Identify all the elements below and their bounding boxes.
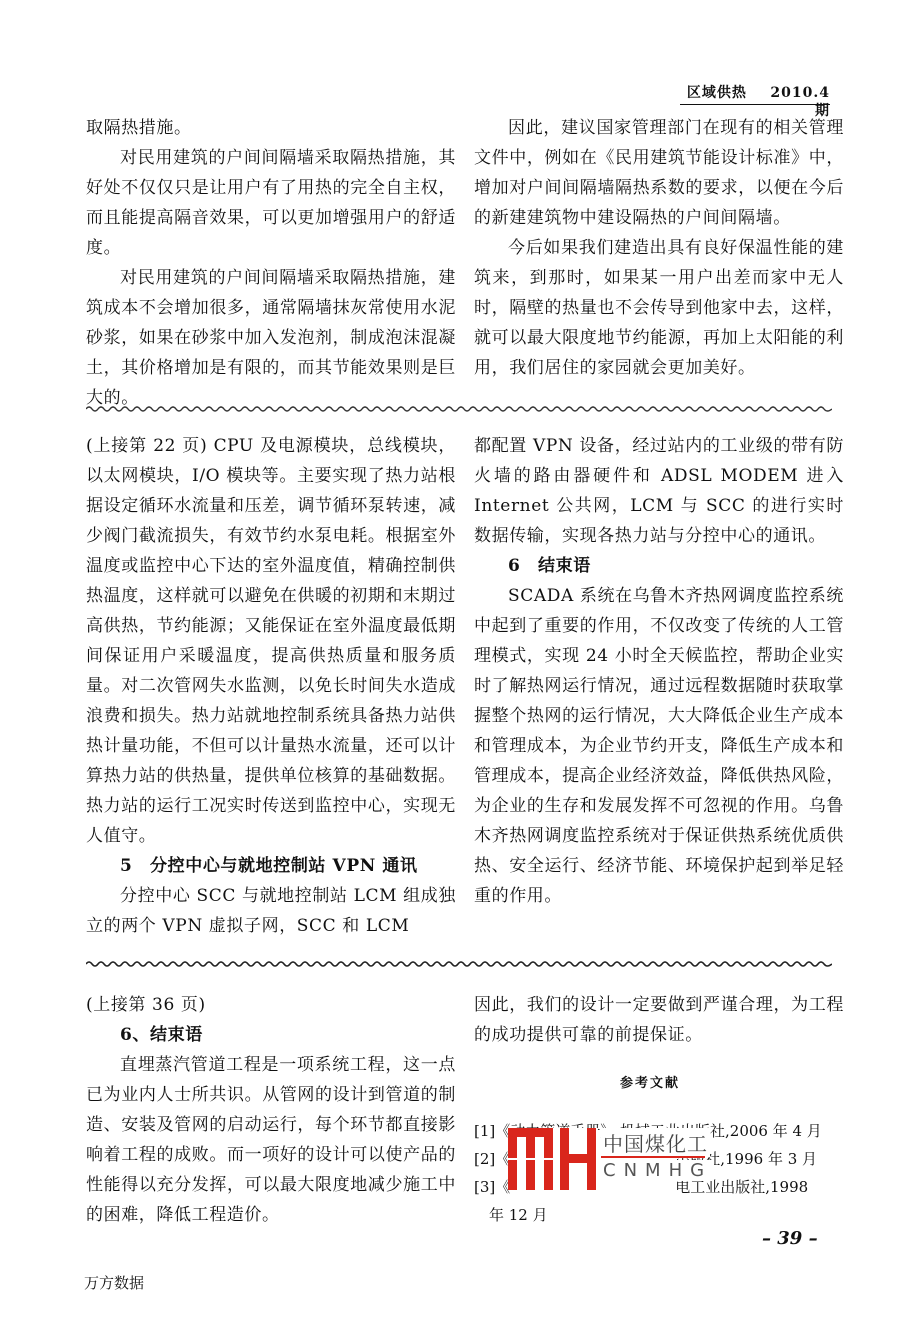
wavy-divider [86,405,832,413]
section1-right-column: 因此，建议国家管理部门在现有的相关管理文件中，例如在《民用建筑节能设计标准》中，… [474,113,844,383]
wavy-divider [86,960,832,968]
references-title: 参考文献 [620,1072,680,1091]
paragraph: 因此，建议国家管理部门在现有的相关管理文件中，例如在《民用建筑节能设计标准》中，… [474,113,844,233]
section2-right-column: 都配置 VPN 设备，经过站内的工业级的带有防火墙的路由器硬件和 ADSL MO… [474,431,844,911]
section3-right-column: 因此，我们的设计一定要做到严谨合理，为工程的成功提供可靠的前提保证。 [474,990,844,1050]
section-heading: 6 结束语 [474,551,844,581]
section2-left-column: (上接第 22 页) CPU 及电源模块，总线模块，以太网模块，I/O 模块等。… [86,431,456,941]
paragraph: 取隔热措施。 [86,113,456,143]
paragraph: (上接第 36 页) [86,990,456,1020]
paragraph: SCADA 系统在乌鲁木齐热网调度监控系统中起到了重要的作用，不仅改变了传统的人… [474,581,844,911]
paragraph: 对民用建筑的户间间隔墙采取隔热措施，建筑成本不会增加很多，通常隔墙抹灰常使用水泥… [86,263,456,413]
paragraph: 今后如果我们建造出具有良好保温性能的建筑来，到那时，如果某一用户出差而家中无人时… [474,233,844,383]
section1-left-column: 取隔热措施。 对民用建筑的户间间隔墙采取隔热措施，其好处不仅仅只是让用户有了用热… [86,113,456,413]
mh-logo-icon [508,1128,598,1190]
section3-left-column: (上接第 36 页) 6、结束语 直埋蒸汽管道工程是一项系统工程，这一点已为业内… [86,990,456,1230]
watermark-english-text: CNMHG [601,1160,714,1181]
footer-source: 万方数据 [84,1272,144,1293]
journal-name: 区域供热 [687,85,747,101]
watermark-logo: 中国煤化工 CNMHG [508,1128,718,1190]
section-heading: 6、结束语 [86,1020,456,1050]
paragraph: (上接第 22 页) CPU 及电源模块，总线模块，以太网模块，I/O 模块等。… [86,431,456,851]
running-header: 区域供热 2010.4 期 [680,84,830,105]
paragraph: 因此，我们的设计一定要做到严谨合理，为工程的成功提供可靠的前提保证。 [474,990,844,1050]
paragraph: 直埋蒸汽管道工程是一项系统工程，这一点已为业内人士所共识。从管网的设计到管道的制… [86,1050,456,1230]
paragraph: 都配置 VPN 设备，经过站内的工业级的带有防火墙的路由器硬件和 ADSL MO… [474,431,844,551]
watermark-underline [601,1156,705,1158]
page-number: – 39 – [762,1228,818,1249]
section-heading: 5 分控中心与就地控制站 VPN 通讯 [86,851,456,881]
watermark-chinese-text: 中国煤化工 [601,1128,710,1157]
paragraph: 分控中心 SCC 与就地控制站 LCM 组成独立的两个 VPN 虚拟子网，SCC… [86,881,456,941]
reference-item: 年 12 月 [474,1201,834,1229]
paragraph: 对民用建筑的户间间隔墙采取隔热措施，其好处不仅仅只是让用户有了用热的完全自主权，… [86,143,456,263]
